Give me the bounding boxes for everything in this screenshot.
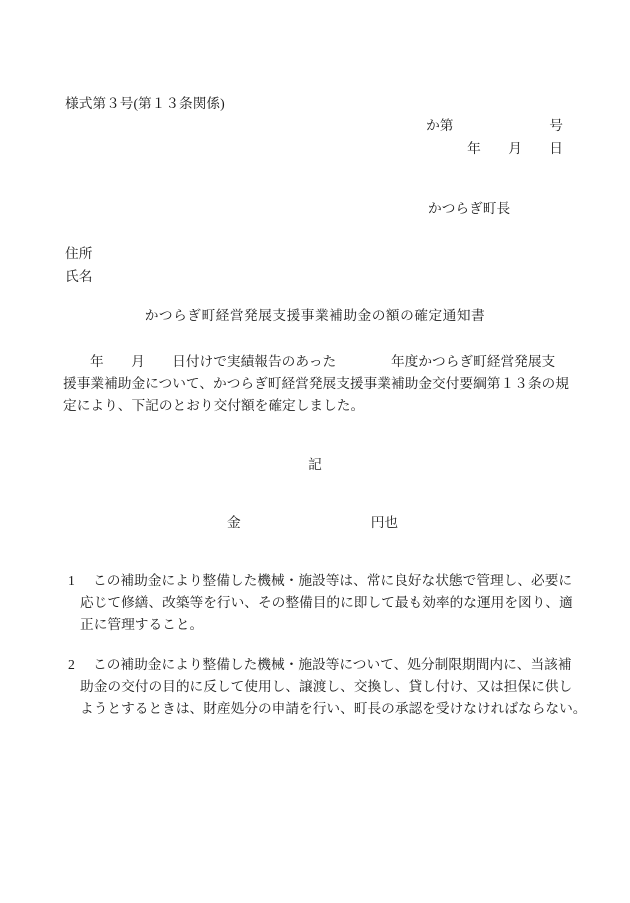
note-number: 1 xyxy=(68,570,75,592)
address-label: 住所 xyxy=(65,244,92,264)
document-page: 様式第３号(第１３条関係) か第 号 年 月 日 かつらぎ町長 住所 氏名 かつ… xyxy=(0,0,630,903)
addressee-mayor-label: かつらぎ町長 xyxy=(428,199,510,219)
issue-date-line: 年 月 日 xyxy=(467,139,563,159)
form-number-label: 様式第３号(第１３条関係) xyxy=(65,94,225,114)
note-text: この補助金により整備した機械・施設等は、常に良好な状態で管理し、必要に 応じて修… xyxy=(68,570,598,636)
body-paragraph: 年 月 日付けで実績報告のあった 年度かつらぎ町経営発展支 援事業補助金について… xyxy=(63,351,597,417)
amount-line: 金円也 xyxy=(227,513,398,533)
note-item: 1 この補助金により整備した機械・施設等は、常に良好な状態で管理し、必要に 応じ… xyxy=(68,570,598,636)
note-number: 2 xyxy=(68,654,75,676)
amount-suffix-label: 円也 xyxy=(371,515,398,530)
name-label: 氏名 xyxy=(65,267,92,287)
note-item: 2 この補助金により整備した機械・施設等について、処分制限期間内に、当該補 助金… xyxy=(68,654,598,720)
document-title: かつらぎ町経営発展支援事業補助金の額の確定通知書 xyxy=(0,306,630,326)
record-marker: 記 xyxy=(0,455,630,475)
document-number-line: か第 号 xyxy=(426,116,563,136)
note-text: この補助金により整備した機械・施設等について、処分制限期間内に、当該補 助金の交… xyxy=(68,654,598,720)
amount-prefix-label: 金 xyxy=(227,515,241,530)
